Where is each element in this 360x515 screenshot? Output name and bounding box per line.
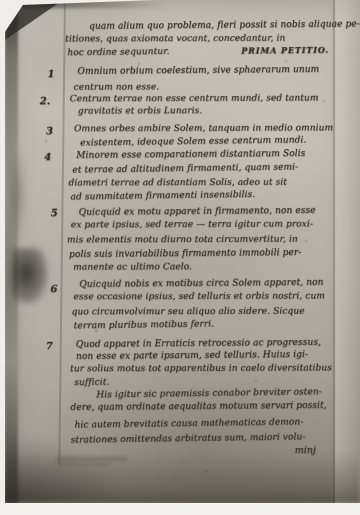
manuscript-line: esse occasione ipsius, sed telluris et o… [73,291,325,303]
manuscript-line: Minorem esse comparationem distantiarum … [76,149,305,162]
manuscript-line: diametri terrae ad distantiam Solis, ade… [68,178,287,190]
closing-line: strationes omittendas arbitratus sum, ma… [71,432,306,446]
section-heading: PRIMA PETITIO. [241,45,329,56]
item-number: 2. [40,96,51,107]
manuscript-line: manente ac ultimo Caelo. [73,262,192,273]
preamble-line: titiones, quas axiomata vocant, concedan… [65,34,285,46]
manuscript-line: existentem, ideoque Solem esse centrum m… [80,135,306,149]
manuscript-line: Omnium orbium coelestium, sive sphaeraru… [77,65,319,78]
catchword: minj [295,445,316,456]
item-number: 3 [46,126,53,137]
handwritten-text-block: PRIMA PETITIO. minj quam alium quo probl… [3,0,360,504]
item-number: 6 [50,284,57,295]
manuscript-line: Quod apparet in Erraticis retrocessio ac… [76,338,321,351]
closing-line: dere, quam ordinate aequalitas motuum se… [70,401,326,414]
item-number: 7 [46,341,53,352]
manuscript-line: tur solius motus tot apparentibus in cae… [70,363,332,375]
closing-line: hic autem brevitatis causa mathematicas … [74,417,303,431]
preamble-line: quam alium quo problema, fieri possit si… [89,19,360,32]
manuscript-line: ad summitatem firmamenti insensibilis. [70,190,255,204]
manuscript-line: sufficit. [74,378,109,389]
item-number: 1 [47,69,54,80]
manuscript-line: Omnes orbes ambire Solem, tanquam in med… [74,123,333,135]
photo-bottom-margin [0,503,360,515]
preamble-line: hoc ordine sequuntur. [67,47,169,59]
manuscript-line: non esse ex parte ipsarum, sed telluris.… [76,350,308,363]
foxing-specks [5,0,7,2]
manuscript-line: gravitatis et orbis Lunaris. [78,106,202,117]
manuscript-line: terram pluribus motibus ferri. [74,319,215,332]
manuscript-line: quo circumvolvimur seu aliquo alio sider… [72,307,305,319]
manuscript-page: PRIMA PETITIO. minj quam alium quo probl… [5,0,360,503]
item-number: 4 [44,152,51,163]
manuscript-line: Quicquid nobis ex motibus circa Solem ap… [79,278,323,291]
manuscript-line: et terrae ad altitudinem firmamenti, qua… [72,162,298,176]
item-number: 5 [51,208,58,219]
manuscript-line: mis elementis motu diurno tota circumver… [67,235,298,247]
manuscript-line: polis suis invariabilibus firmamento imm… [69,248,301,261]
manuscript-line: ex parte ipsius, sed terrae — terra igit… [71,219,313,231]
manuscript-line: Centrum terrae non esse centrum mundi, s… [70,93,319,105]
manuscript-line: Quicquid ex motu apparet in firmamento, … [79,206,316,219]
manuscript-line: centrum non esse. [74,82,160,93]
manuscript-photo: PRIMA PETITIO. minj quam alium quo probl… [0,0,360,515]
closing-line: His igitur sic praemissis conabor brevit… [96,387,322,401]
